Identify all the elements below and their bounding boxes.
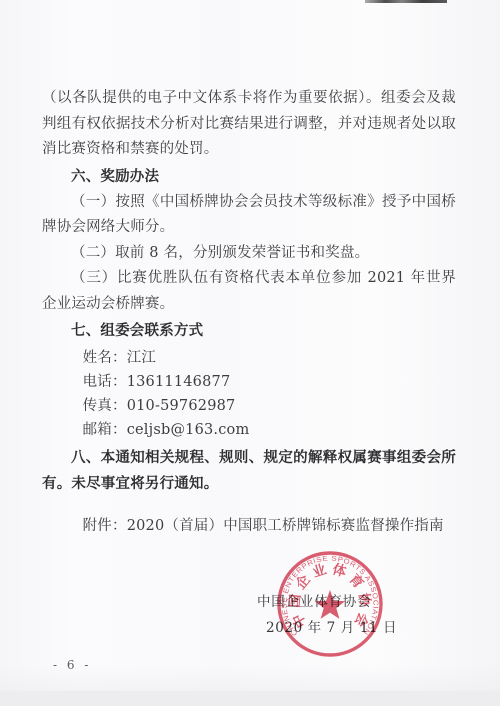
scan-edge-band <box>0 691 500 706</box>
contact-phone: 电话：13611146877 <box>83 370 456 394</box>
award-item-2: （二）取前 8 名，分别颁发荣誉证书和奖盘。 <box>42 241 456 267</box>
contact-info: 姓名：江江 电话：13611146877 传真：010-59762987 邮箱：… <box>42 346 456 442</box>
section-interpretation: 八、本通知相关规程、规则、规定的解释权属赛事组委会所有。未尽事宜将另行通知。 <box>42 445 456 496</box>
scan-artifact-streak <box>365 0 447 3</box>
scan-shadow-band <box>0 665 500 691</box>
contact-name: 姓名：江江 <box>83 346 456 370</box>
attachment-line: 附件：2020（首届）中国职工桥牌锦标赛监督操作指南 <box>83 514 456 540</box>
contact-email: 邮箱：celjsb@163.com <box>83 418 456 442</box>
continuation-paragraph: （以各队提供的电子中文体系卡将作为重要依据）。组委会及裁判组有权依据技术分析对比… <box>42 86 456 163</box>
section-heading-awards: 六、奖励办法 <box>71 164 456 190</box>
award-item-1: （一）按照《中国桥牌协会会员技术等级标准》授予中国桥牌协会网络大师分。 <box>42 190 456 241</box>
contact-fax: 传真：010-59762987 <box>83 394 456 418</box>
document-body: （以各队提供的电子中文体系卡将作为重要依据）。组委会及裁判组有权依据技术分析对比… <box>42 86 456 540</box>
award-item-3: （三）比赛优胜队伍有资格代表本单位参加 2021 年世界企业运动会桥牌赛。 <box>42 266 456 317</box>
seal-star-icon <box>315 590 345 619</box>
scanned-document-page: （以各队提供的电子中文体系卡将作为重要依据）。组委会及裁判组有权依据技术分析对比… <box>0 0 500 706</box>
section-heading-contact: 七、组委会联系方式 <box>71 318 456 344</box>
official-seal-stamp: CHINESE ENTERPRISE SPORTS ASSOCIATION 中国… <box>273 547 387 661</box>
